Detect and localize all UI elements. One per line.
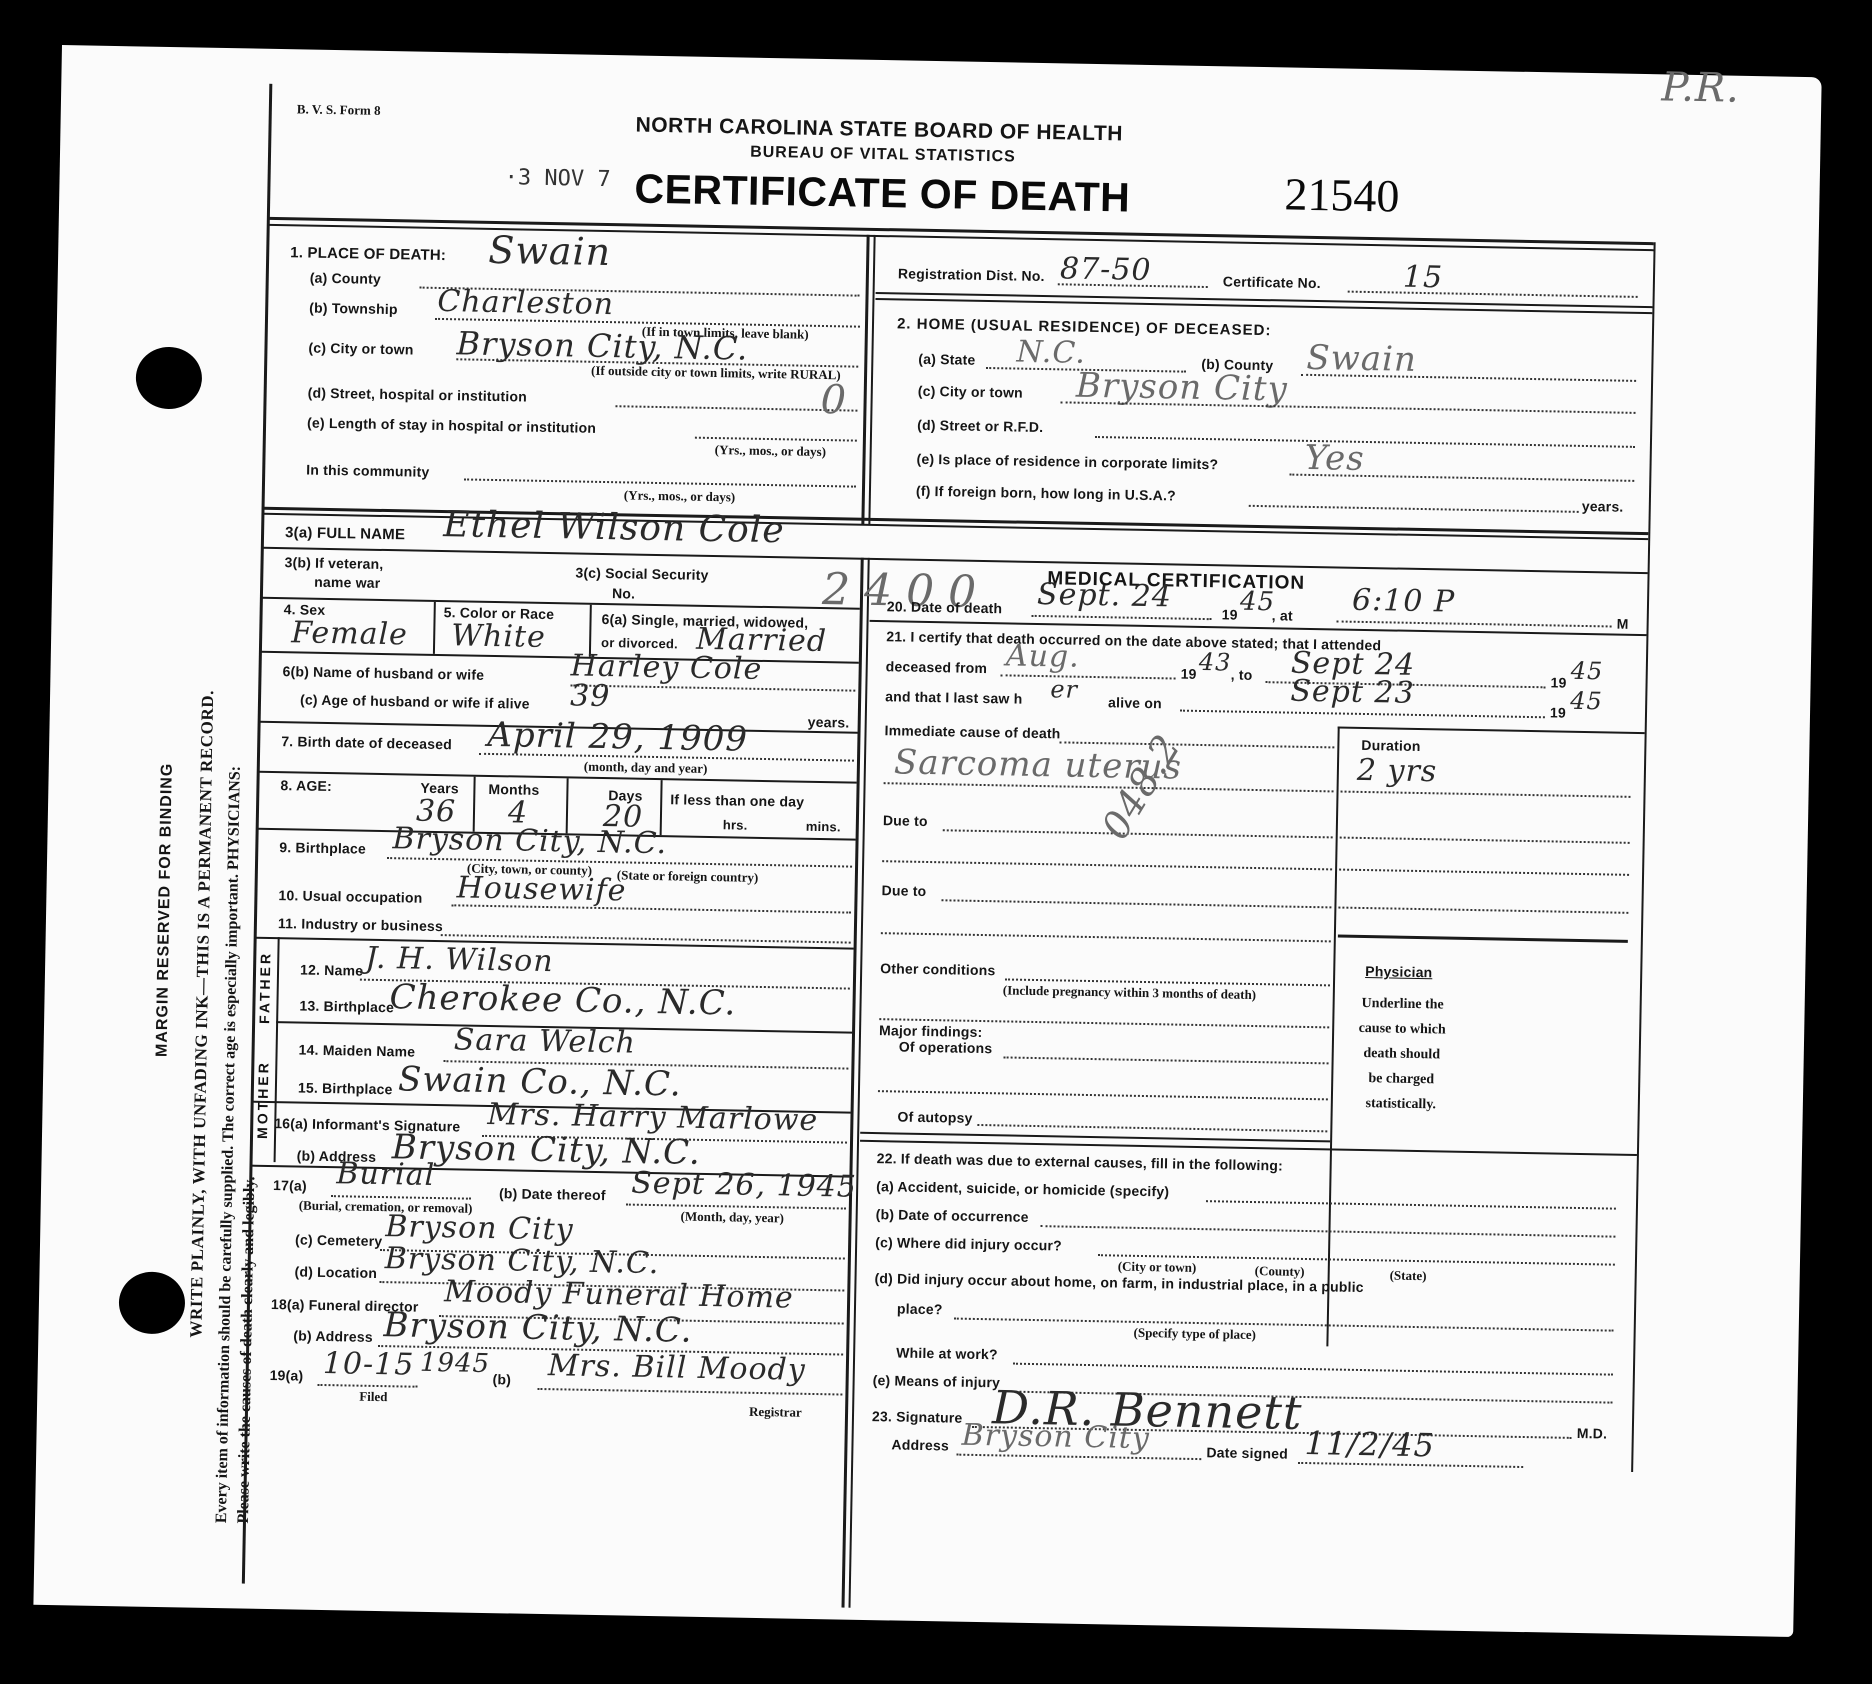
where-note-state: (State) — [1390, 1268, 1427, 1285]
place-community-line — [464, 478, 856, 487]
home-city-line — [1061, 401, 1636, 414]
certificate-title: CERTIFICATE OF DEATH — [634, 166, 1131, 222]
attended-from-label: deceased from — [886, 658, 988, 676]
certificate-no-line — [1348, 291, 1638, 298]
other-conditions-note: (Include pregnancy within 3 months of de… — [1003, 982, 1257, 1003]
birth-date-note: (month, day and year) — [584, 759, 708, 777]
mother-name-value[interactable]: Sara Welch — [454, 1022, 637, 1060]
death-year-value[interactable]: 45 — [1240, 587, 1276, 618]
veteran-label-2: name war — [314, 574, 380, 591]
mother-birthplace-label: 15. Birthplace — [298, 1079, 393, 1097]
frame-right-border — [1631, 242, 1656, 1472]
attended-from-line — [1001, 674, 1176, 679]
external-place-note: (Specify type of place) — [1133, 1325, 1256, 1343]
where-note-city: (City or town) — [1118, 1259, 1197, 1276]
place-street-value[interactable]: 0 — [820, 377, 847, 423]
death-date-label: 20. Date of death — [887, 598, 1003, 616]
registration-dist-value[interactable]: 87-50 — [1060, 251, 1152, 288]
place-street-label: (d) Street, hospital or institution — [308, 385, 528, 405]
due-to-line-2 — [941, 899, 1331, 908]
registrar-line — [537, 1388, 842, 1396]
filed-year-value[interactable]: 1945 — [420, 1348, 491, 1379]
home-foreign-line — [1249, 505, 1579, 513]
corner-annotation: P.R. — [1661, 64, 1740, 111]
age-mins-label: mins. — [806, 819, 841, 835]
certificate-no-value[interactable]: 15 — [1403, 260, 1444, 296]
full-name-value[interactable]: Ethel Wilson Cole — [443, 504, 785, 551]
age-label: 8. AGE: — [280, 777, 332, 794]
physician-note: Underline the cause to which death shoul… — [1341, 991, 1463, 1118]
registration-dist-label: Registration Dist. No. — [898, 265, 1045, 284]
external-accident-label: (a) Accident, suicide, or homicide (spec… — [876, 1178, 1169, 1199]
physician-box-top-rule — [1338, 935, 1628, 943]
operations-label: Of operations — [899, 1039, 993, 1057]
disposition-date-value[interactable]: Sept 26, 1945 — [631, 1166, 857, 1205]
ssn-label-1: 3(c) Social Security — [575, 564, 708, 582]
serial-number: 21540 — [1284, 167, 1400, 222]
duration-label: Duration — [1361, 737, 1420, 754]
signature-address-value[interactable]: Bryson City — [961, 1418, 1150, 1456]
place-stay-label: (e) Length of stay in hospital or instit… — [307, 415, 596, 436]
last-saw-label: and that I last saw h — [885, 688, 1023, 707]
sex-race-divider — [433, 602, 436, 654]
full-name-label: 3(a) FULL NAME — [285, 524, 405, 543]
occupation-label: 10. Usual occupation — [278, 887, 422, 906]
alive-on-value[interactable]: Sept 23 — [1290, 674, 1415, 711]
place-community-label: In this community — [306, 462, 429, 480]
due-to-line-2b — [881, 932, 1331, 942]
margin-write-plainly: WRITE PLAINLY, WITH UNFADING INK—THIS IS… — [186, 690, 218, 1338]
other-conditions-label: Other conditions — [880, 960, 995, 978]
attended-to-label: , to — [1231, 667, 1253, 683]
signature-suffix: M.D. — [1577, 1425, 1608, 1442]
place-stay-note: (Yrs., mos., or days) — [715, 442, 827, 460]
binding-hole-bottom — [118, 1271, 185, 1334]
registrar-note: Registrar — [749, 1404, 802, 1421]
place-township-label: (b) Township — [309, 300, 398, 318]
autopsy-line — [977, 1124, 1327, 1132]
physician-note-line: be charged — [1341, 1066, 1461, 1093]
signature-address-label: Address — [891, 1436, 949, 1453]
operations-line-2 — [878, 1090, 1328, 1100]
death-year-prefix: 19 — [1222, 606, 1238, 622]
mother-tag: MOTHER — [254, 1060, 271, 1139]
spouse-age-value[interactable]: 39 — [570, 678, 611, 714]
disposition-value[interactable]: Burial — [336, 1156, 435, 1193]
due-to-line-1b — [882, 860, 1332, 870]
funeral-address-label: (b) Address — [293, 1327, 373, 1344]
father-birthplace-label: 13. Birthplace — [299, 998, 394, 1016]
registrar-value[interactable]: Mrs. Bill Moody — [548, 1348, 806, 1388]
disposition-date-note: (Month, day, year) — [680, 1209, 784, 1227]
alive-on-year-prefix: 19 — [1550, 704, 1566, 720]
disposition-label: 17(a) — [273, 1177, 307, 1194]
duration-line-4 — [1338, 907, 1628, 914]
duration-value[interactable]: 2 yrs — [1357, 753, 1438, 789]
external-where-label: (c) Where did injury occur? — [875, 1234, 1062, 1253]
place-county-label: (a) County — [310, 270, 382, 287]
form-id: B. V. S. Form 8 — [297, 101, 381, 119]
agency-name: NORTH CAROLINA STATE BOARD OF HEALTH — [635, 114, 1123, 147]
funeral-address-value[interactable]: Bryson City, N.C. — [383, 1305, 693, 1351]
death-date-value[interactable]: Sept. 24 — [1037, 577, 1172, 614]
receipt-stamp: ·3 NOV 7 — [504, 165, 610, 192]
attended-from-year-prefix: 19 — [1181, 666, 1197, 682]
attended-from-value[interactable]: Aug. — [1006, 638, 1080, 674]
date-signed-value[interactable]: 11/2/45 — [1304, 1424, 1435, 1464]
home-state-label: (a) State — [918, 351, 975, 368]
physician-note-line: statistically. — [1341, 1091, 1461, 1118]
home-corporate-value[interactable]: Yes — [1304, 438, 1365, 479]
duration-top-rule — [1338, 726, 1645, 734]
attended-to-year-prefix: 19 — [1550, 674, 1566, 690]
rule-7 — [259, 771, 857, 784]
mother-name-label: 14. Maiden Name — [298, 1042, 415, 1060]
attended-to-year[interactable]: 45 — [1571, 657, 1604, 686]
duration-line-2 — [1340, 837, 1630, 844]
home-corporate-label: (e) Is place of residence in corporate l… — [916, 451, 1218, 473]
alive-on-line — [1180, 710, 1545, 719]
binding-hole-top — [135, 346, 202, 409]
veteran-label-1: 3(b) If veteran, — [284, 554, 383, 572]
death-time-suffix: M — [1617, 616, 1629, 632]
bureau-name: BUREAU OF VITAL STATISTICS — [750, 144, 1016, 167]
column-divider-upper-2 — [868, 235, 875, 525]
external-work-line — [1013, 1363, 1613, 1376]
place-city-note: (If outside city or town limits, write R… — [591, 363, 841, 384]
death-time-line — [1337, 620, 1612, 627]
attended-from-year[interactable]: 43 — [1199, 648, 1232, 677]
place-township-value[interactable]: Charleston — [437, 284, 614, 322]
industry-label: 11. Industry or business — [278, 915, 443, 934]
physician-heading: Physician — [1365, 963, 1432, 980]
major-findings-label: Major findings: — [879, 1022, 983, 1040]
father-name-value[interactable]: J. H. Wilson — [365, 941, 554, 979]
header-rule — [269, 217, 1654, 245]
filed-note: Filed — [359, 1389, 387, 1406]
death-date-line — [1032, 615, 1212, 620]
immediate-cause-label: Immediate cause of death — [884, 722, 1060, 741]
death-time-value[interactable]: 6:10 P — [1352, 583, 1456, 620]
birthplace-note-state: (State or foreign country) — [617, 867, 759, 886]
race-value[interactable]: White — [451, 618, 546, 655]
sex-value[interactable]: Female — [291, 615, 408, 652]
registrar-label: (b) — [492, 1371, 511, 1387]
physician-note-line: cause to which — [1342, 1016, 1462, 1043]
external-place-line — [954, 1318, 1614, 1332]
place-of-death-heading: 1. PLACE OF DEATH: — [290, 244, 446, 264]
filing-label: 19(a) — [270, 1367, 304, 1384]
rule-3b — [262, 597, 860, 610]
filed-date-line — [317, 1384, 417, 1388]
occupation-line — [451, 904, 851, 913]
place-city-label: (c) City or town — [308, 340, 413, 358]
external-accident-line — [1206, 1200, 1616, 1210]
place-county-value[interactable]: Swain — [488, 228, 612, 274]
operations-line — [1004, 1056, 1329, 1064]
duration-line-3 — [1339, 869, 1629, 876]
occupation-value[interactable]: Housewife — [456, 870, 626, 908]
father-birthplace-value[interactable]: Cherokee Co., N.C. — [389, 977, 736, 1023]
physician-note-line: Underline the — [1342, 991, 1462, 1018]
certificate-no-label: Certificate No. — [1223, 273, 1321, 291]
duration-column-divider — [1326, 726, 1339, 1346]
frame-left-border — [242, 84, 272, 1584]
disposition-date-label: (b) Date thereof — [499, 1185, 606, 1203]
death-at-label: , at — [1272, 607, 1293, 623]
rule-11 — [256, 937, 854, 950]
cemetery-label: (c) Cemetery — [295, 1231, 382, 1249]
home-city-label: (c) City or town — [918, 383, 1023, 401]
duration-line-1 — [1341, 791, 1631, 798]
due-to-label-2: Due to — [882, 882, 927, 899]
external-means-label: (e) Means of injury — [873, 1372, 1001, 1390]
death-certificate-page: MARGIN RESERVED FOR BINDING WRITE PLAINL… — [33, 45, 1821, 1637]
place-community-note: (Yrs., mos., or days) — [624, 487, 736, 505]
physician-note-line: death should — [1342, 1041, 1462, 1068]
spouse-age-suffix: years. — [808, 714, 850, 731]
alive-on-label: alive on — [1108, 694, 1162, 711]
father-tag: FATHER — [256, 951, 273, 1024]
ssn-label-2: No. — [612, 585, 635, 601]
external-occurrence-label: (b) Date of occurrence — [876, 1206, 1029, 1225]
birth-date-label: 7. Birth date of deceased — [281, 733, 452, 752]
home-street-label: (d) Street or R.F.D. — [917, 417, 1043, 435]
due-to-label-1: Due to — [883, 812, 928, 829]
home-foreign-label: (f) If foreign born, how long in U.S.A.? — [916, 483, 1176, 504]
signature-label: 23. Signature — [872, 1408, 963, 1426]
filed-date-value[interactable]: 10-15 — [323, 1346, 415, 1383]
age-hrs-label: hrs. — [723, 817, 748, 832]
margin-binding-text: MARGIN RESERVED FOR BINDING — [153, 763, 176, 1058]
birthplace-label: 9. Birthplace — [279, 839, 366, 857]
spouse-age-label: (c) Age of husband or wife if alive — [300, 691, 530, 711]
location-label: (d) Location — [294, 1263, 377, 1281]
home-foreign-suffix: years. — [1582, 498, 1624, 515]
alive-on-year[interactable]: 45 — [1570, 687, 1603, 716]
father-name-label: 12. Name — [300, 962, 363, 979]
external-place-label: place? — [897, 1301, 943, 1318]
last-saw-pronoun[interactable]: er — [1050, 675, 1078, 704]
spouse-label: 6(b) Name of husband or wife — [282, 663, 484, 683]
date-signed-label: Date signed — [1206, 1444, 1288, 1461]
external-work-label: While at work? — [896, 1345, 998, 1363]
birthplace-value[interactable]: Bryson City, N.C. — [392, 821, 667, 861]
autopsy-label: Of autopsy — [897, 1108, 972, 1125]
place-stay-line — [695, 437, 857, 442]
external-heading: 22. If death was due to external causes,… — [877, 1150, 1283, 1173]
age-less-label: If less than one day — [670, 791, 804, 809]
